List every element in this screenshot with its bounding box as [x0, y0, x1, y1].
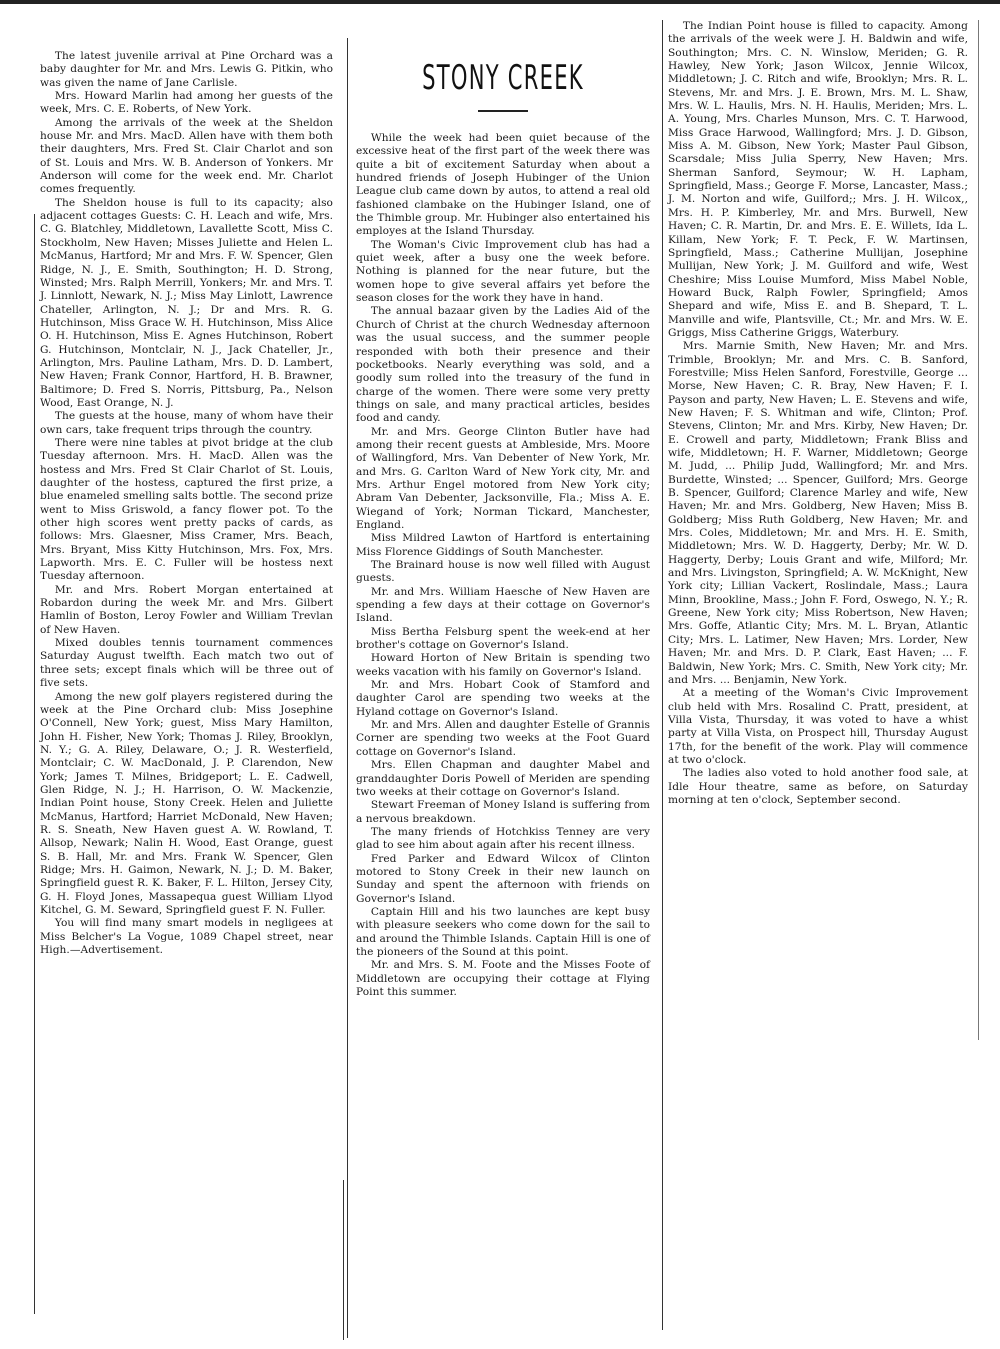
paragraph-food-sale: The ladies also voted to hold another fo…: [668, 767, 968, 807]
paragraph-civic-club-quiet: The Woman's Civic Improvement club has h…: [356, 239, 650, 306]
paragraph-guest-trips: The guests at the house, many of whom ha…: [40, 410, 333, 437]
paragraph-foote: Mr. and Mrs. S. M. Foote and the Misses …: [356, 959, 650, 999]
paragraph-morgan-entertained: Mr. and Mrs. Robert Morgan entertained a…: [40, 584, 333, 637]
section-title: STONY CREEK: [412, 58, 594, 98]
column-divider-middle-double: [343, 1180, 344, 1340]
paragraph-tennis-tournament: Mixed doubles tennis tournament commence…: [40, 637, 333, 690]
paragraph-annual-bazaar: The annual bazaar given by the Ladies Ai…: [356, 305, 650, 425]
page-top-border: [0, 0, 1000, 4]
paragraph-more-arrivals: Mrs. Marnie Smith, New Haven; Mr. and Mr…: [668, 340, 968, 687]
paragraph-whist-party: At a meeting of the Woman's Civic Improv…: [668, 687, 968, 767]
paragraph-indian-point-arrivals: The Indian Point house is filled to capa…: [668, 20, 968, 340]
paragraph-tenney: The many friends of Hotchkiss Tenney are…: [356, 826, 650, 853]
paragraph-captain-hill: Captain Hill and his two launches are ke…: [356, 906, 650, 959]
paragraph-marlin-guests: Mrs. Howard Marlin had among her guests …: [40, 90, 333, 117]
news-column-left: The latest juvenile arrival at Pine Orch…: [40, 50, 333, 957]
paragraph-lawton: Miss Mildred Lawton of Hartford is enter…: [356, 532, 650, 559]
news-column-middle: While the week had been quiet because of…: [356, 132, 650, 999]
paragraph-advertisement: You will find many smart models in negli…: [40, 917, 333, 957]
paragraph-brainard-house: The Brainard house is now well filled wi…: [356, 559, 650, 586]
paragraph-cook: Mr. and Mrs. Hobart Cook of Stamford and…: [356, 679, 650, 719]
column-divider-left: [34, 214, 35, 1314]
paragraph-pitkin-birth: The latest juvenile arrival at Pine Orch…: [40, 50, 333, 90]
paragraph-freeman: Stewart Freeman of Money Island is suffe…: [356, 799, 650, 826]
paragraph-golf-players: Among the new golf players registered du…: [40, 691, 333, 918]
paragraph-chapman: Mrs. Ellen Chapman and daughter Mabel an…: [356, 759, 650, 799]
title-underline-rule: [478, 110, 528, 112]
paragraph-sheldon-arrivals: Among the arrivals of the week at the Sh…: [40, 117, 333, 197]
paragraph-pivot-bridge: There were nine tables at pivot bridge a…: [40, 437, 333, 584]
column-divider-middle: [347, 38, 348, 1338]
paragraph-allen: Mr. and Mrs. Allen and daughter Estelle …: [356, 719, 650, 759]
paragraph-haesche: Mr. and Mrs. William Haesche of New Have…: [356, 586, 650, 626]
news-column-right: The Indian Point house is filled to capa…: [668, 20, 968, 807]
paragraph-butler-guests: Mr. and Mrs. George Clinton Butler have …: [356, 426, 650, 533]
paragraph-horton: Howard Horton of New Britain is spending…: [356, 652, 650, 679]
column-divider-right: [662, 20, 663, 1330]
paragraph-felsburg: Miss Bertha Felsburg spent the week-end …: [356, 626, 650, 653]
paragraph-sheldon-guests: The Sheldon house is full to its capacit…: [40, 197, 333, 411]
paragraph-hubinger-clambake: While the week had been quiet because of…: [356, 132, 650, 239]
column-divider-edge: [978, 20, 979, 1040]
section-masthead: STONY CREEK: [356, 58, 650, 112]
paragraph-parker-wilcox: Fred Parker and Edward Wilcox of Clinton…: [356, 853, 650, 906]
